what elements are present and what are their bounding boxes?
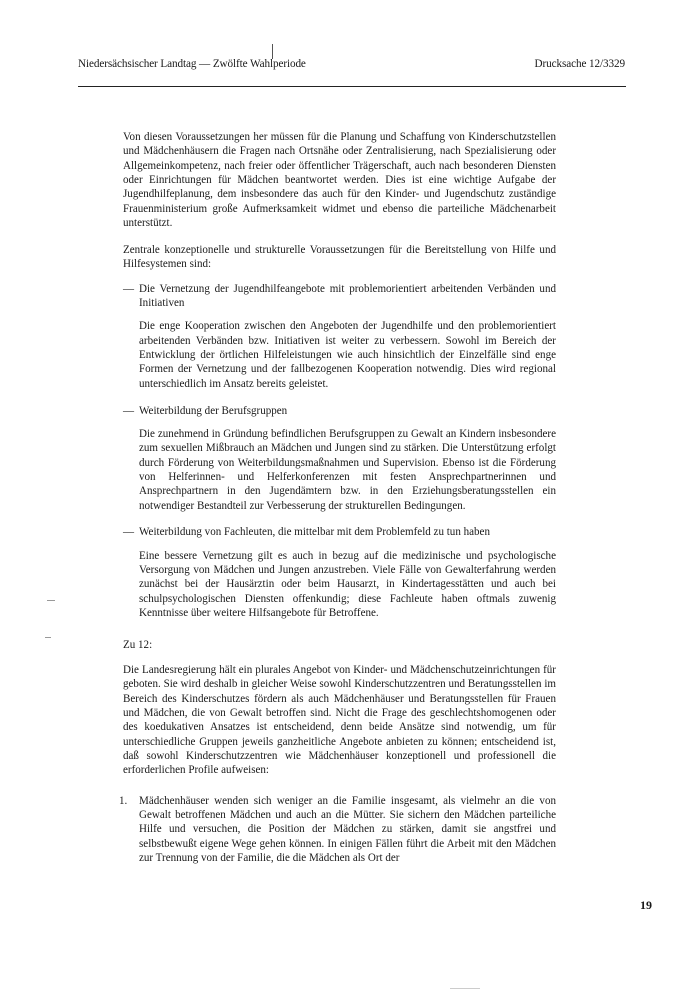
item-number: 1.	[119, 794, 127, 808]
bullet-title: Die Vernetzung der Jugendhilfeangebote m…	[139, 283, 556, 309]
item-text: Mädchenhäuser wenden sich weniger an die…	[139, 795, 556, 864]
numbered-item: 1. Mädchenhäuser wenden sich weniger an …	[123, 794, 556, 866]
page-header: Niedersächsischer Landtag — Zwölfte Wahl…	[78, 58, 625, 78]
section-heading: Zu 12:	[123, 638, 556, 652]
bullet-paragraph: Die zunehmend in Gründung befindlichen B…	[123, 427, 556, 513]
bullet-title: Weiterbildung von Fachleuten, die mittel…	[139, 526, 490, 538]
bullet-paragraph: Eine bessere Vernetzung gilt es auch in …	[123, 549, 556, 621]
dash-marker: —	[123, 525, 134, 539]
page-number: 19	[640, 898, 652, 913]
bullet-item: — Die Vernetzung der Jugendhilfeangebote…	[123, 282, 556, 311]
scan-speck	[45, 637, 51, 638]
dash-marker: —	[123, 404, 134, 418]
section-paragraph: Die Landesregierung hält ein plurales An…	[123, 663, 556, 778]
scan-artifact-tick	[272, 44, 273, 59]
dash-marker: —	[123, 282, 134, 296]
bullet-item: — Weiterbildung von Fachleuten, die mitt…	[123, 525, 556, 539]
scan-speck	[47, 600, 55, 601]
document-number: Drucksache 12/3329	[535, 58, 625, 70]
bullet-paragraph: Die enge Kooperation zwischen den Angebo…	[123, 319, 556, 391]
document-body: Von diesen Voraussetzungen her müssen fü…	[123, 130, 556, 865]
lead-paragraph: Zentrale konzeptionelle und strukturelle…	[123, 243, 556, 272]
header-divider	[78, 86, 626, 87]
header-title: Niedersächsischer Landtag — Zwölfte Wahl…	[78, 58, 306, 70]
scan-speck	[450, 988, 480, 989]
intro-paragraph: Von diesen Voraussetzungen her müssen fü…	[123, 130, 556, 230]
bullet-item: — Weiterbildung der Berufsgruppen	[123, 404, 556, 418]
bullet-title: Weiterbildung der Berufsgruppen	[139, 405, 287, 417]
